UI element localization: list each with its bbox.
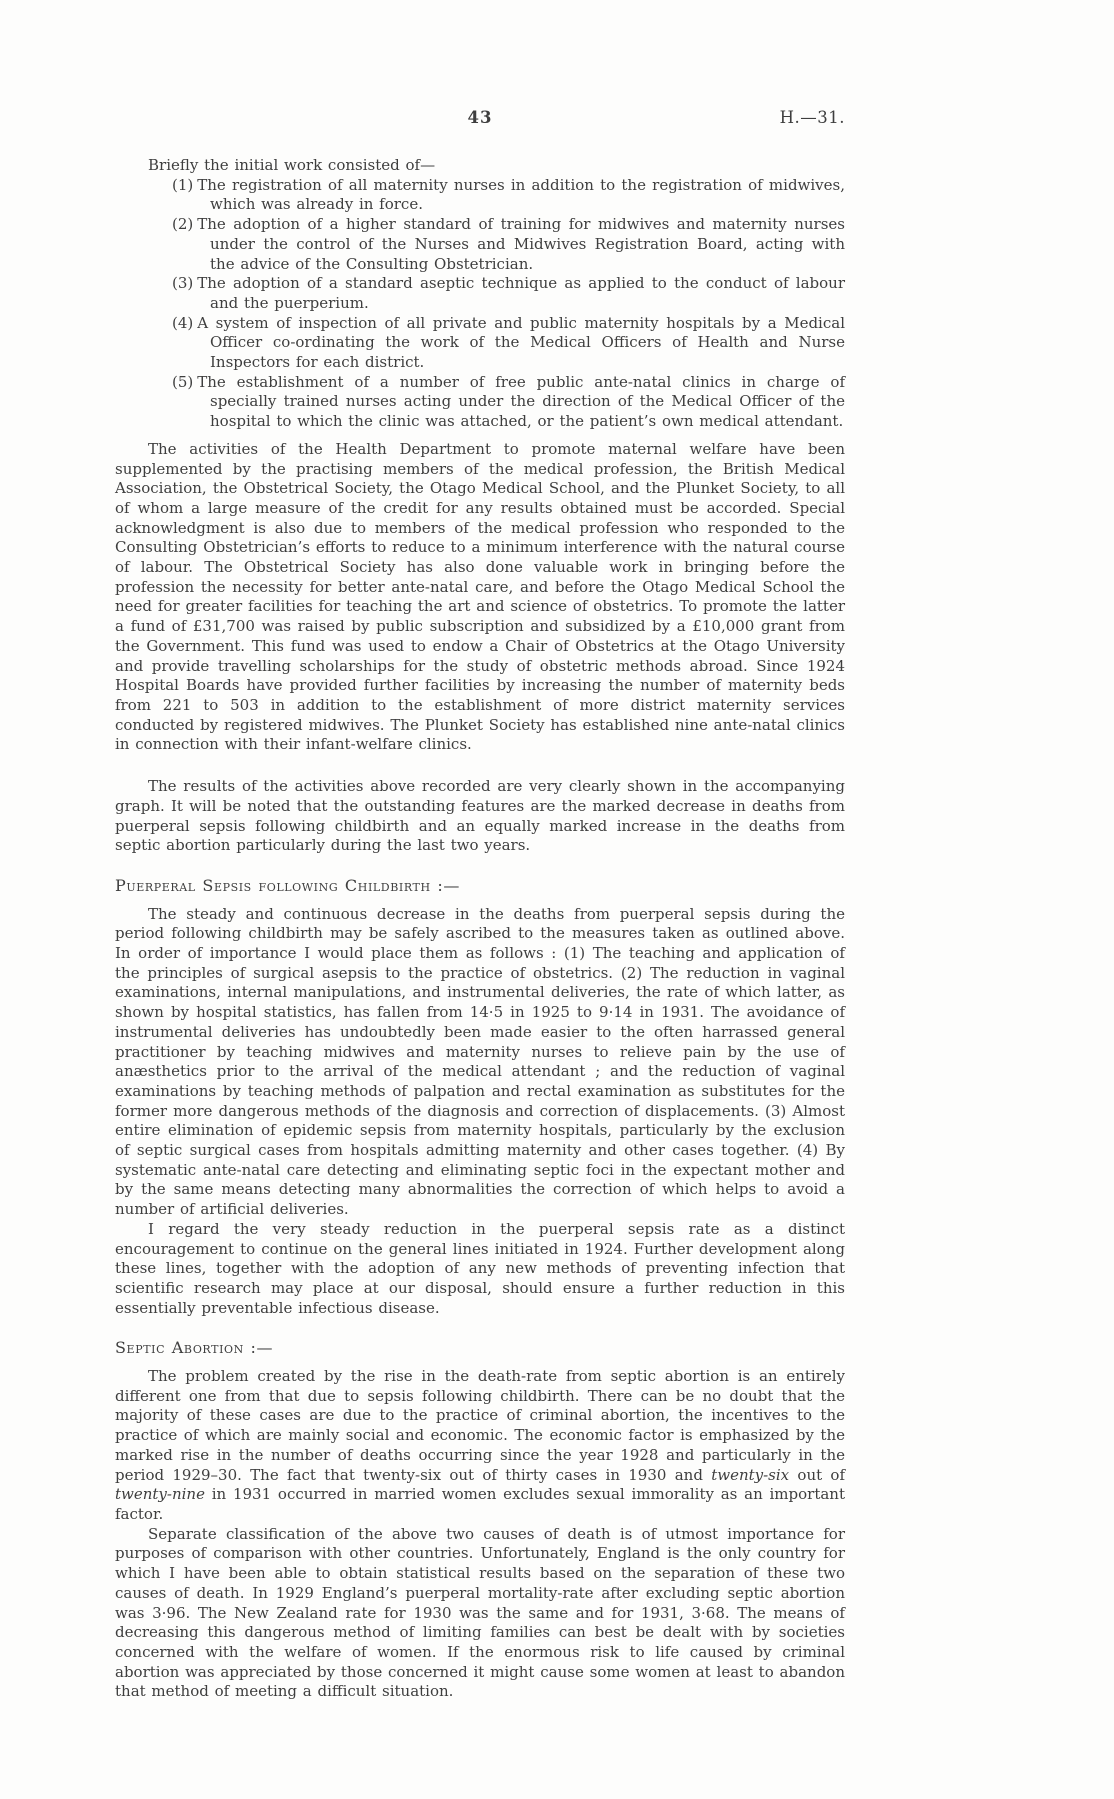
list-item: (2)The adoption of a higher standard of … xyxy=(115,215,845,274)
paragraph-septic-1-italic: twenty-nine xyxy=(115,1485,205,1503)
paragraph-puerperal-1: The steady and continuous decrease in th… xyxy=(115,905,845,1220)
section-heading-septic-abortion: Septic Abortion :— xyxy=(115,1338,845,1358)
text-column: 43 H.—31. Briefly the initial work consi… xyxy=(115,108,845,1702)
intro-lead: Briefly the initial work consisted of— xyxy=(115,156,845,176)
list-item: (1)The registration of all maternity nur… xyxy=(115,176,845,215)
list-item-number: (5) xyxy=(172,373,197,391)
list-item-text: The registration of all maternity nurses… xyxy=(197,176,845,214)
paragraph-activities: The activities of the Health Department … xyxy=(115,440,845,755)
list-item: (5)The establishment of a number of free… xyxy=(115,373,845,432)
list-item-text: A system of inspection of all private an… xyxy=(197,314,845,371)
paragraph-septic-1-segment: out of xyxy=(789,1466,845,1484)
list-item-text: The establishment of a number of free pu… xyxy=(197,373,845,430)
page-header: 43 H.—31. xyxy=(115,108,845,132)
section-heading-puerperal-sepsis: Puerperal Sepsis following Childbirth :— xyxy=(115,876,845,896)
list-item-text: The adoption of a higher standard of tra… xyxy=(197,215,845,272)
page-number: 43 xyxy=(115,108,845,127)
list-item: (4)A system of inspection of all private… xyxy=(115,314,845,373)
paragraph-results: The results of the activities above reco… xyxy=(115,777,845,856)
document-page: 43 H.—31. Briefly the initial work consi… xyxy=(0,0,1114,1799)
document-body: Briefly the initial work consisted of— (… xyxy=(115,156,845,1702)
list-item-text: The adoption of a standard aseptic techn… xyxy=(197,274,845,312)
report-code: H.—31. xyxy=(780,108,845,127)
list-item-number: (1) xyxy=(172,176,197,194)
paragraph-puerperal-2: I regard the very steady reduction in th… xyxy=(115,1220,845,1319)
paragraph-septic-1-segment: in 1931 occurred in married women exclud… xyxy=(115,1485,845,1523)
numbered-list: (1)The registration of all maternity nur… xyxy=(115,176,845,432)
list-item-number: (4) xyxy=(172,314,197,332)
list-item-number: (3) xyxy=(172,274,197,292)
paragraph-septic-1-italic: twenty-six xyxy=(711,1466,789,1484)
paragraph-septic-1: The problem created by the rise in the d… xyxy=(115,1367,845,1525)
list-item-number: (2) xyxy=(172,215,197,233)
paragraph-septic-2: Separate classification of the above two… xyxy=(115,1525,845,1702)
list-item: (3)The adoption of a standard aseptic te… xyxy=(115,274,845,313)
